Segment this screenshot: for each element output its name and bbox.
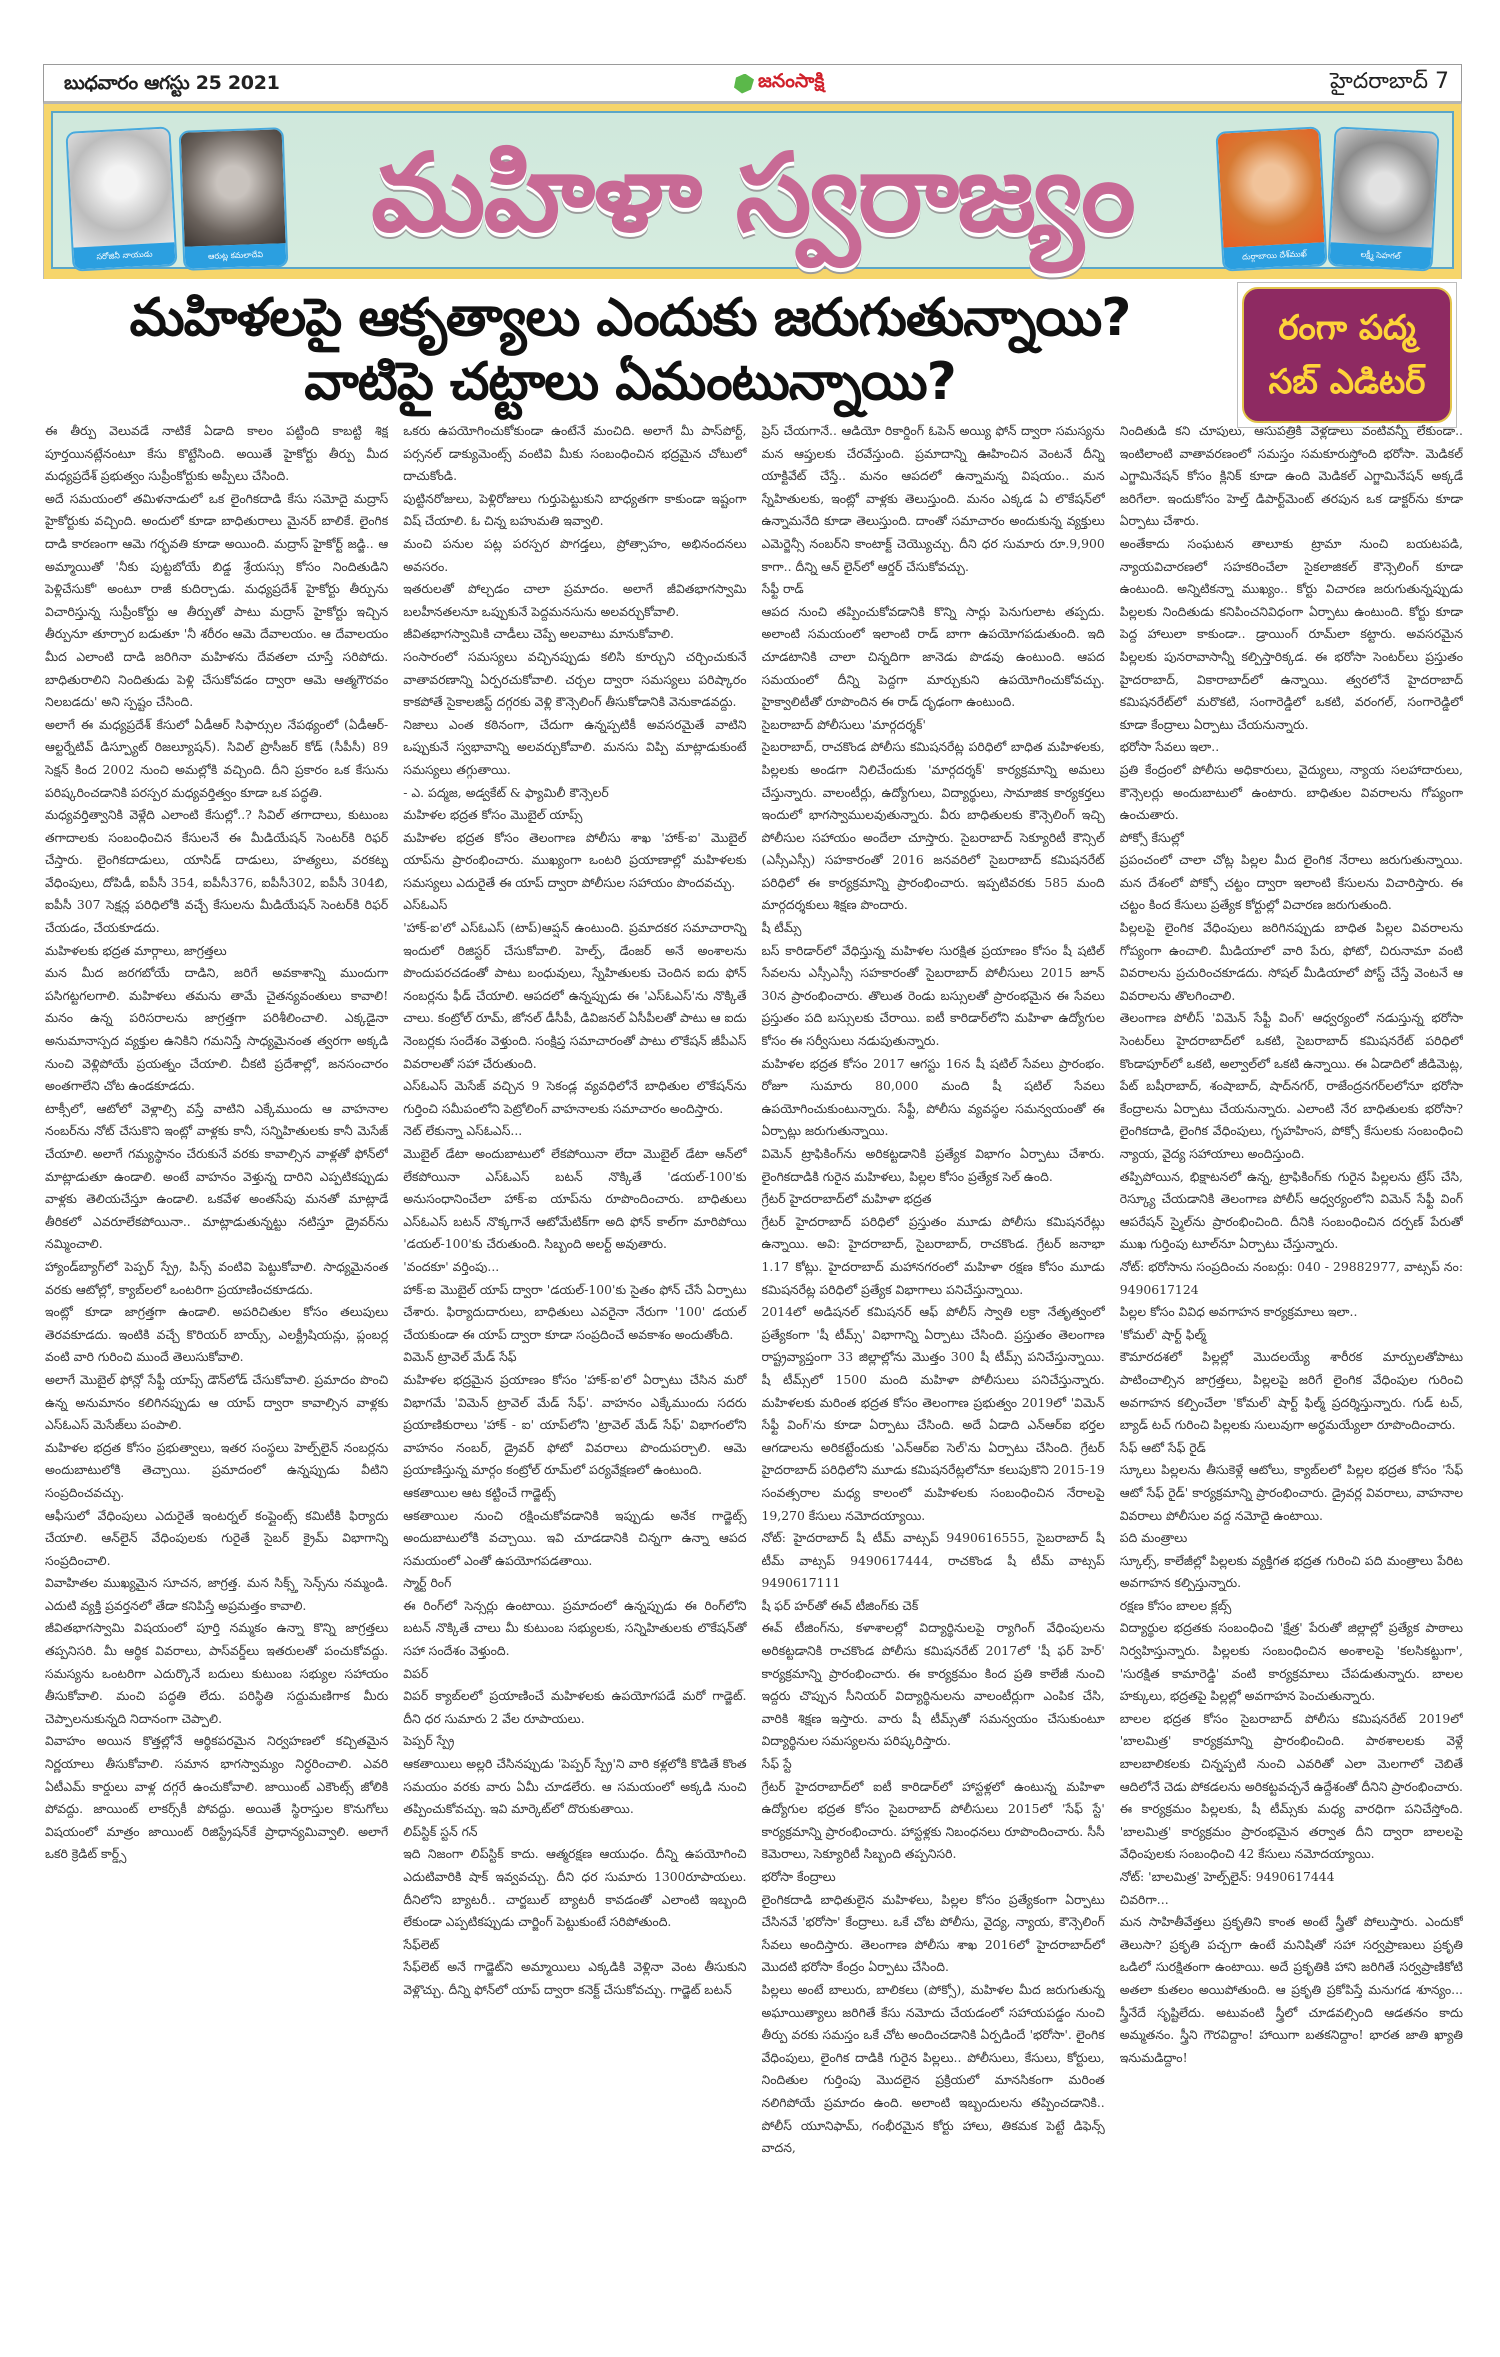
portrait-image [1218, 128, 1325, 247]
portrait-caption: దుర్గాబాయి దేశ్‌ముఖ్ [1223, 242, 1325, 269]
article-paragraph: ఆఫీసులో వేధింపులు ఎదురైతే ఇంటర్నల్ కంప్ల… [45, 1505, 388, 1573]
article-paragraph: మహిళల భద్రత కోసం మొబైల్ యాప్స్ [403, 804, 746, 827]
byline-badge: రంగా పద్మ సబ్ ఎడిటర్ [1242, 287, 1452, 423]
headline-line-1: మహిళలపై ఆకృత్యాలు ఎందుకు జరుగుతున్నాయి? [45, 286, 1215, 350]
article-paragraph: ఎస్ఓఎస్ [403, 894, 746, 917]
article-paragraph: విద్యార్థుల భద్రతకు సంబంధించి 'క్షేత్ర' … [1120, 1617, 1463, 1707]
article-paragraph: నోట్: హైదరాబాద్ షీ టీమ్ వాట్సప్ 94906165… [762, 1527, 1105, 1595]
article-paragraph: ఇతరులతో పోల్చడం చాలా ప్రమాదం. అలాగే జీవి… [403, 578, 746, 623]
article-paragraph: 2014లో అడిషనల్ కమిషనర్ ఆఫ్ పోలీస్ స్వాతి… [762, 1301, 1105, 1527]
article-paragraph: భరోసా సేవలు ఇలా.. [1120, 736, 1463, 759]
article-paragraph: మొబైల్ డేటా అందుబాటులో లేకపోయినా లేదా మొ… [403, 1143, 746, 1256]
article-paragraph: గ్రేటర్ హైదరాబాద్‌లో ఐటీ కారిడార్‌లో హాస… [762, 1776, 1105, 1866]
article-paragraph: విమెన్ ట్రావెల్ మేడ్ సేఫ్ [403, 1346, 746, 1369]
article-paragraph: హాక్-ఐ మొబైల్ యాప్ ద్వారా 'డయల్-100'కు స… [403, 1279, 746, 1347]
byline-box: రంగా పద్మ సబ్ ఎడిటర్ [1237, 282, 1457, 428]
portrait-caption: లక్ష్మీ సెహగల్ [1330, 242, 1432, 269]
article-paragraph: ఆకతాయిల నుంచి రక్షించుకోవడానికి ఇప్పుడు … [403, 1505, 746, 1573]
article-paragraph: మహిళలకు భద్రత మార్గాలు, జాగ్రత్తలు [45, 940, 388, 963]
article-paragraph: షీ టీమ్స్ [762, 917, 1105, 940]
article-paragraph: మన మీద జరగబోయే దాడిని, జరిగే అవకాశాన్ని … [45, 962, 388, 1098]
article-paragraph: లైంగికదాడి బాధితులైన మహిళలు, పిల్లల కోసం… [762, 1889, 1105, 1979]
article-paragraph: పోక్సో కేసుల్లో [1120, 827, 1463, 850]
article-paragraph: ప్రపంచంలో చాలా చోట్ల పిల్లల మీద లైంగిక న… [1120, 849, 1463, 917]
author-role: సబ్ ఎడిటర్ [1269, 355, 1426, 409]
text-column-4: నిందితుడి కని చూపులు, ఆసుపత్రికి వెళ్లడా… [1120, 420, 1463, 2282]
article-paragraph: 'హాక్-ఐ'లో ఎస్ఓఎస్ (టాప్)ఆప్షన్ ఉంటుంది.… [403, 917, 746, 1075]
section-banner: సరోజినీ నాయుడు ఆరుట్ల కమలాదేవి మహిళా స్వ… [43, 104, 1462, 279]
article-paragraph: - ఎ. పద్మజ, అడ్వకేట్ & ఫ్యామిలీ కౌన్సెలర… [403, 782, 746, 805]
portrait-photo-1: సరోజినీ నాయుడు [65, 126, 177, 271]
article-paragraph: సేఫ్టీ రాడ్ [762, 578, 1105, 601]
article-paragraph: ఆకతాయిలు అల్లరి చేసినప్పుడు 'పెప్పర్ స్ప… [403, 1753, 746, 1821]
article-paragraph: ప్రెస్ చేయగానే.. ఆడియో రికార్డింగ్ ఓపెన్… [762, 420, 1105, 578]
article-paragraph: పిల్లలపై లైంగిక వేధింపులు జరిగినప్పుడు బ… [1120, 917, 1463, 1007]
article-body: ఈ తీర్పు వెలువడే నాటికే ఏడాది కాలం పట్టి… [45, 420, 1463, 2282]
article-paragraph: ఇది నిజంగా లిప్‌స్టిక్ కాదు. ఆత్మరక్షణ ఆ… [403, 1843, 746, 1933]
portrait-caption: ఆరుట్ల కమలాదేవి [185, 243, 287, 269]
article-paragraph: వివాహం అయిన కొత్తల్లోనే ఆర్థికపరమైన నిర్… [45, 1730, 388, 1866]
portrait-image [181, 129, 286, 246]
article-paragraph: మహిళల భద్రత కోసం తెలంగాణ పోలీసు శాఖ 'హాక… [403, 827, 746, 895]
author-name: రంగా పద్మ [1278, 301, 1415, 355]
banner-inner: సరోజినీ నాయుడు ఆరుట్ల కమలాదేవి మహిళా స్వ… [51, 111, 1454, 269]
portrait-image [1331, 128, 1438, 247]
article-paragraph: లిప్‌స్టిక్ స్టన్ గన్ [403, 1821, 746, 1844]
article-paragraph: ఆపద నుంచి తప్పించుకోవడానికి కొన్ని సార్ల… [762, 601, 1105, 714]
newspaper-name: జనంసాక్షి [758, 70, 824, 97]
portrait-photo-2: ఆరుట్ల కమలాదేవి [179, 127, 289, 271]
page-header: బుధవారం ఆగస్టు 25 2021 జనంసాక్షి హైదరాబా… [43, 64, 1462, 104]
article-paragraph: కౌమారదశలో పిల్లల్లో మొదలయ్యే శారీరక మార్… [1120, 1346, 1463, 1436]
portrait-photo-4: లక్ష్మీ సెహగల్ [1327, 126, 1439, 271]
article-paragraph: స్మార్ట్ రింగ్ [403, 1572, 746, 1595]
article-paragraph: ఈ తీర్పు వెలువడే నాటికే ఏడాది కాలం పట్టి… [45, 420, 388, 488]
article-paragraph: స్కూలు పిల్లలను తీసుకెళ్లే ఆటోలు, క్యాబ్… [1120, 1459, 1463, 1527]
article-paragraph: సైబరాబాద్, రాచకొండ పోలీసు కమిషనరేట్ల పరి… [762, 736, 1105, 917]
headline-line-2: వాటిపై చట్టాలు ఏమంటున్నాయి? [45, 350, 1215, 414]
article-paragraph: సేఫ్‌లెట్ [403, 1934, 746, 1957]
article-paragraph: నిందితుడి కని చూపులు, ఆసుపత్రికి వెళ్లడా… [1120, 420, 1463, 533]
issue-date: బుధవారం ఆగస్టు 25 2021 [64, 72, 280, 99]
article-paragraph: నోట్: 'బాలమిత్ర' హెల్ప్‌లైన్: 9490617444 [1120, 1866, 1463, 1889]
article-paragraph: 'కోమల్' షార్ట్ ఫిల్మ్ [1120, 1324, 1463, 1347]
article-paragraph: మహిళల భద్రత కోసం 2017 ఆగస్టు 16న షీ షటిల… [762, 1053, 1105, 1143]
article-paragraph: అదే సమయంలో తమిళనాడులో ఒక లైంగికదాడి కేసు… [45, 488, 388, 714]
article-paragraph: ఈవ్ టీజింగ్‌ను, కళాశాలల్లో విద్యార్థినుల… [762, 1617, 1105, 1753]
article-paragraph: అంతేకాదు సంఘటన తాలూకు ట్రామా నుంచి బయటపడ… [1120, 533, 1463, 736]
text-column-3: ప్రెస్ చేయగానే.. ఆడియో రికార్డింగ్ ఓపెన్… [762, 420, 1105, 2282]
article-paragraph: 'వందకూ' వర్తింపు... [403, 1256, 746, 1279]
article-paragraph: స్కూల్స్, కాలేజీల్లో పిల్లలకు వ్యక్తిగత … [1120, 1550, 1463, 1595]
article-paragraph: మధ్యవర్తిత్వానికి వెళ్లేది ఎలాంటి కేసుల్… [45, 804, 388, 940]
article-paragraph: విపర్ క్యాబ్‌లలో ప్రయాణించే మహిళలకు ఉపయో… [403, 1685, 746, 1730]
portrait-image [68, 128, 175, 247]
text-column-2: ఒకరు ఉపయోగించుకోకుండా ఉంటేనే మంచిది. అలా… [403, 420, 746, 2282]
article-paragraph: టాక్సీలో, ఆటోలో వెళ్లాల్సి వస్తే వాటిని … [45, 1098, 388, 1256]
article-paragraph: భరోసా కేంద్రాలు [762, 1866, 1105, 1889]
article-paragraph: సేఫ్‌లెట్ అనే గాడ్జెట్‌ని అమ్మాయిలు ఎక్క… [403, 1956, 746, 2001]
article-paragraph: వివాహితల ముఖ్యమైన సూచన, జాగ్రత్త. మన సిక… [45, 1572, 388, 1617]
article-paragraph: మహిళల భద్రత కోసం ప్రభుత్వాలు, ఇతర సంస్థల… [45, 1437, 388, 1505]
telangana-map-icon [734, 74, 754, 94]
article-paragraph: చివరిగా... [1120, 1889, 1463, 1912]
article-paragraph: మంచి పనుల పట్ల పరస్పర పొగడ్తలు, ప్రోత్సా… [403, 533, 746, 578]
article-paragraph: సేఫ్ స్టే [762, 1753, 1105, 1776]
article-paragraph: పది మంత్రాలు [1120, 1527, 1463, 1550]
article-paragraph: షీ ఫర్ హర్‌తో ఈవ్ టీజింగ్‌కు చెక్ [762, 1595, 1105, 1618]
article-paragraph: నెట్ లేకున్నా ఎస్ఓఎస్... [403, 1120, 746, 1143]
section-title: మహిళా స్వరాజ్యం [313, 119, 1192, 269]
article-paragraph: విమెన్ ట్రాఫికింగ్‌ను అరికట్టడానికి ప్రత… [762, 1143, 1105, 1188]
article-paragraph: ప్రతి కేంద్రంలో పోలీసు అధికారులు, వైద్యు… [1120, 759, 1463, 827]
article-paragraph: తెలంగాణ పోలీస్ 'విమెన్ సేఫ్టీ వింగ్' ఆధ్… [1120, 1007, 1463, 1165]
article-paragraph: బాలల భద్రత కోసం సైబరాబాద్ పోలీసు కమిషనరే… [1120, 1708, 1463, 1866]
article-paragraph: జీవితభాగస్వామి విషయంలో పూర్తి నమ్మకం ఉన్… [45, 1617, 388, 1730]
article-paragraph: సేఫ్ ఆటో సేఫ్ రైడ్ [1120, 1437, 1463, 1460]
article-paragraph: మన సాహితీవేత్తలు ప్రకృతిని కాంత అంటే స్త… [1120, 1911, 1463, 2069]
article-paragraph: గ్రేటర్ హైదరాబాద్‌లో మహిళా భద్రత [762, 1188, 1105, 1211]
article-paragraph: సంసారంలో సమస్యలు వచ్చినప్పుడు కలిసి కూర్… [403, 646, 746, 714]
article-paragraph: సైబరాబాద్ పోలీసులు 'మార్గదర్శక్' [762, 714, 1105, 737]
article-paragraph: జీవితభాగస్వామికి చాడీలు చెప్పే అలవాటు మా… [403, 623, 746, 646]
article-paragraph: మహిళల భద్రమైన ప్రయాణం కోసం 'హాక్-ఐ'లో ఏర… [403, 1369, 746, 1482]
portrait-photo-3: దుర్గాబాయి దేశ్‌ముఖ్ [1215, 126, 1327, 271]
article-paragraph: పుట్టినరోజులు, పెళ్లిరోజులు గుర్తుపెట్టు… [403, 488, 746, 533]
article-paragraph: బస్ కారిడార్‌లో వేధిస్తున్న మహిళల సురక్ష… [762, 940, 1105, 1053]
newspaper-logo: జనంసాక్షి [734, 70, 824, 97]
article-paragraph: హ్యాండ్‌బ్యాగ్‌లో పెప్పర్ స్ప్రే, పిన్స్… [45, 1256, 388, 1301]
portrait-caption: సరోజినీ నాయుడు [73, 242, 175, 269]
article-paragraph: విపర్ [403, 1663, 746, 1686]
article-paragraph: ఇంట్లో కూడా జాగ్రత్తగా ఉండాలి. అపరిచితుల… [45, 1301, 388, 1369]
article-paragraph: పిల్లల కోసం వివిధ అవగాహన కార్యక్రమాలు ఇల… [1120, 1301, 1463, 1324]
article-paragraph: అలాగే ఈ మధ్యప్రదేశ్ కేసులో ఏడీఆర్ సిఫార్… [45, 714, 388, 804]
city-page-number: హైదరాబాద్ 7 [1330, 69, 1449, 99]
article-paragraph: తప్పిపోయిన, భిక్షాటనలో ఉన్న, ట్రాఫికింగ్… [1120, 1166, 1463, 1256]
article-paragraph: పెప్పర్ స్ప్రే [403, 1730, 746, 1753]
article-paragraph: ఎస్ఓఎస్ మెసేజ్ వచ్చిన 9 సెకండ్ల వ్యవధిలో… [403, 1075, 746, 1120]
article-paragraph: నోట్: భరోసాను సంప్రదించు నంబర్లు: 040 - … [1120, 1256, 1463, 1301]
article-paragraph: రక్షణ కోసం బాలల క్లబ్స్ [1120, 1595, 1463, 1618]
article-paragraph: అలాగే మొబైల్ ఫోన్లో సేఫ్టీ యాప్స్ డౌన్‌ల… [45, 1369, 388, 1437]
article-paragraph: ఆకతాయిల ఆట కట్టించే గాడ్జెట్స్ [403, 1482, 746, 1505]
article-headline: మహిళలపై ఆకృత్యాలు ఎందుకు జరుగుతున్నాయి? … [45, 286, 1215, 414]
article-paragraph: ఒకరు ఉపయోగించుకోకుండా ఉంటేనే మంచిది. అలా… [403, 420, 746, 488]
text-column-1: ఈ తీర్పు వెలువడే నాటికే ఏడాది కాలం పట్టి… [45, 420, 388, 2282]
article-paragraph: ఈ రింగ్‌లో సెన్సర్లు ఉంటాయి. ప్రమాదంలో ఉ… [403, 1595, 746, 1663]
article-paragraph: గ్రేటర్ హైదరాబాద్ పరిధిలో ప్రస్తుతం మూడు… [762, 1211, 1105, 1301]
article-paragraph: నిజాలు ఎంత కఠినంగా, చేదుగా ఉన్నప్పటికీ అ… [403, 714, 746, 782]
article-paragraph: పిల్లలు అంటే బాలురు, బాలికలు (పోక్సో), మ… [762, 1979, 1105, 2160]
